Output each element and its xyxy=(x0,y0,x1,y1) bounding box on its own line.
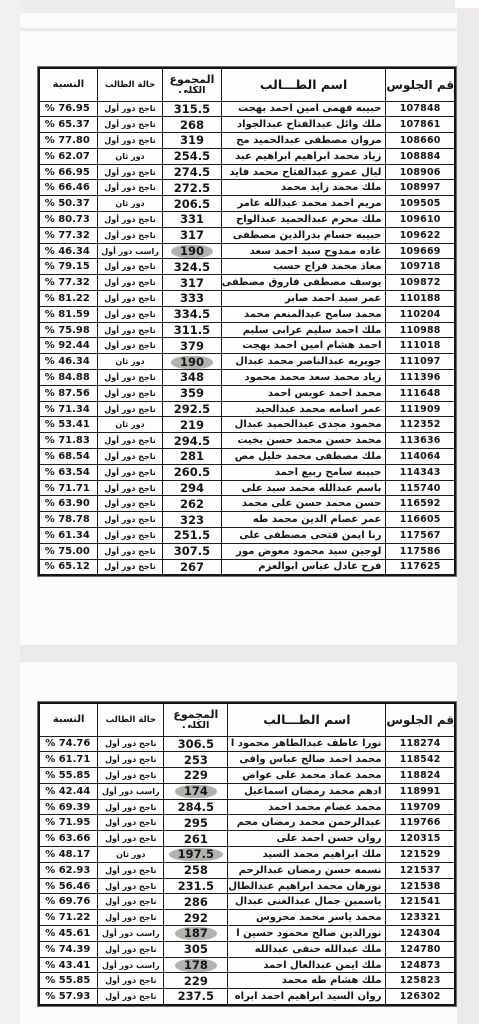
percentage-cell: % 66.95 xyxy=(39,164,97,180)
student-name-cell: ملك مصطفى محمد خليل مص xyxy=(221,449,386,465)
student-result-row: 112352محمود مجدى عبدالحميد عبدال219دور ث… xyxy=(39,417,455,433)
total-score-cell: 231.5 xyxy=(164,878,228,894)
student-result-row: 124873ملك ايمن عبدالعال احمد178راسب دور … xyxy=(39,957,455,973)
total-score-cell: 334.5 xyxy=(163,306,222,322)
total-score-cell: 262 xyxy=(163,496,222,512)
total-score-cell: 324.5 xyxy=(163,259,222,275)
student-result-row: 111396زياد محمد سعد محمد محمود348ناجح دو… xyxy=(39,370,455,386)
student-name-cell: ملك هشام طه محمد xyxy=(228,973,386,989)
total-score-cell: 206.5 xyxy=(163,196,222,212)
percentage-cell: % 43.41 xyxy=(39,957,98,973)
total-score-cell: 272.5 xyxy=(163,180,222,196)
seat-number-cell: 111018 xyxy=(386,338,455,354)
seat-number-cell: 124873 xyxy=(386,957,455,973)
total-score-cell: 286 xyxy=(164,894,228,910)
student-status-cell: ناجح دور أول xyxy=(97,496,162,512)
student-name-cell: رنا ايمن فتحى مصطفى على xyxy=(221,528,386,544)
student-name-cell: ياسمين جمال عبدالغنى عبدال xyxy=(228,894,386,910)
student-name-cell: عمر عصام الدين محمد طه xyxy=(221,512,386,528)
percentage-cell: % 84.88 xyxy=(39,370,97,386)
results-table-2: رقم الجلوس اسم الطـــالب المجموعالكلى حا… xyxy=(37,701,457,1007)
student-name-cell: باسم عبدالله محمد سيد على xyxy=(221,480,386,496)
student-name-cell: نورهان محمد ابراهيم عبدالطال xyxy=(228,878,386,894)
student-result-row: 109610ملك محرم عبدالحميد عبدالواح331ناجح… xyxy=(39,212,455,228)
previous-page-bottom-strip xyxy=(20,13,457,28)
student-name-cell: احمد هشام امين احمد بهجت xyxy=(221,338,386,354)
student-result-row: 108997ملك محمد زايد محمد272.5ناجح دور أو… xyxy=(39,180,455,196)
student-name-cell: مروان مصطفى عبدالحميد مح xyxy=(221,133,386,149)
percentage-cell: % 71.71 xyxy=(39,480,97,496)
seat-number-cell: 111396 xyxy=(386,370,455,386)
total-score-cell: 292.5 xyxy=(163,401,222,417)
student-status-cell: ناجح دور أول xyxy=(98,799,164,815)
percentage-cell: % 77.32 xyxy=(39,227,97,243)
percentage-cell: % 92.44 xyxy=(39,338,97,354)
student-result-row: 121538نورهان محمد ابراهيم عبدالطال231.5ن… xyxy=(39,878,455,894)
seat-number-cell: 110188 xyxy=(386,291,455,307)
total-score-cell: 317 xyxy=(163,227,222,243)
total-score-cell: 284.5 xyxy=(164,799,228,815)
student-result-row: 124780ملك عبدالله حنفى عبدالله305ناجح دو… xyxy=(39,941,455,957)
percentage-cell: % 80.73 xyxy=(39,212,97,228)
total-score-cell: 251.5 xyxy=(163,528,222,544)
seat-number-cell: 111909 xyxy=(386,401,455,417)
student-result-row: 119709محمد عصام محمد احمد284.5ناجح دور أ… xyxy=(39,799,455,815)
student-name-cell: ملك ابراهيم محمد السيد xyxy=(228,847,386,863)
student-name-cell: ملك وائل عبدالفتاح عبدالجواد xyxy=(221,117,386,133)
student-name-cell: محمد سامح عبدالمنعم محمد xyxy=(221,306,386,322)
student-name-cell: زياد محمد ابراهيم ابراهيم عبد xyxy=(221,148,386,164)
student-name-cell: حبيبه حسام بدرالدين مصطفى xyxy=(221,227,386,243)
student-result-row: 116605عمر عصام الدين محمد طه323ناجح دور … xyxy=(39,512,455,528)
percentage-cell: % 61.71 xyxy=(39,752,98,768)
student-result-row: 113636محمد حسن محمد حسن بخيت294.5ناجح دو… xyxy=(39,433,455,449)
results-page-1: رقم الجلوس اسم الطـــالب المجموعالكلى حا… xyxy=(20,31,457,645)
total-score-cell: 317 xyxy=(163,275,222,291)
seat-number-cell: 110204 xyxy=(386,306,455,322)
student-result-row: 114343حبيبه سامح ربيع احمد260.5ناجح دور … xyxy=(39,464,455,480)
total-score-cell: 258 xyxy=(164,862,228,878)
percentage-cell: % 69.76 xyxy=(39,894,98,910)
results-table-1: رقم الجلوس اسم الطـــالب المجموعالكلى حا… xyxy=(37,66,457,577)
percentage-cell: % 69.39 xyxy=(39,799,98,815)
seat-number-cell: 109505 xyxy=(386,196,455,212)
total-score-cell: 261 xyxy=(164,831,228,847)
student-name-cell: عبدالرحمن محمد رمضان محم xyxy=(228,815,386,831)
student-status-header: حالة الطالب xyxy=(97,68,162,101)
total-score-cell: 219 xyxy=(163,417,222,433)
student-results-table: رقم الجلوس اسم الطـــالب المجموعالكلى حا… xyxy=(38,67,456,576)
student-result-row: 108660مروان مصطفى عبدالحميد مح319ناجح دو… xyxy=(39,133,455,149)
student-name-cell: ليال عمرو عبدالفتاح محمد فايد xyxy=(221,164,386,180)
student-name-cell: نسمه حسن رمضان عبدالرحم xyxy=(228,862,386,878)
seat-number-cell: 108660 xyxy=(386,133,455,149)
student-status-cell: ناجح دور أول xyxy=(97,291,162,307)
student-status-cell: دور ثان xyxy=(97,354,162,370)
student-status-cell: دور ثان xyxy=(97,196,162,212)
student-name-cell: حبيبه فهمى امين احمد بهجت xyxy=(221,101,386,117)
student-result-row: 110188عمر سيد احمد صابر333ناجح دور أول% … xyxy=(39,291,455,307)
student-name-cell: روان السيد ابراهيم احمد ابراه xyxy=(228,989,386,1005)
student-status-cell: ناجح دور أول xyxy=(98,878,164,894)
student-result-row: 120315روان حسن احمد على261ناجح دور أول% … xyxy=(39,831,455,847)
total-score-cell: 319 xyxy=(163,133,222,149)
student-status-cell: راسب دور أول xyxy=(98,957,164,973)
total-score-cell: 178 xyxy=(164,957,228,973)
student-result-row: 117625فرح عادل عباس ابوالعزم267ناجح دور … xyxy=(39,559,455,575)
seat-number-cell: 124304 xyxy=(386,926,455,942)
student-name-cell: محمد ياسر محمد محروس xyxy=(228,910,386,926)
total-score-cell: 307.5 xyxy=(163,543,222,559)
student-status-cell: ناجح دور أول xyxy=(97,401,162,417)
results-page-2: رقم الجلوس اسم الطـــالب المجموعالكلى حا… xyxy=(20,662,457,1024)
student-status-cell: ناجح دور أول xyxy=(98,941,164,957)
seat-number-cell: 121529 xyxy=(386,847,455,863)
previous-page-corner xyxy=(455,0,479,8)
student-status-cell: ناجح دور أول xyxy=(98,768,164,784)
student-result-row: 121529ملك ابراهيم محمد السيد197.5دور ثان… xyxy=(39,847,455,863)
student-result-row: 125823ملك هشام طه محمد229ناجح دور أول% 5… xyxy=(39,973,455,989)
total-score-cell: 305 xyxy=(164,941,228,957)
student-status-cell: ناجح دور أول xyxy=(98,910,164,926)
student-result-row: 123321محمد ياسر محمد محروس292ناجح دور أو… xyxy=(39,910,455,926)
student-name-cell: نورا عاطف عبدالطاهر محمود ا xyxy=(228,736,386,752)
total-score-cell: 294 xyxy=(163,480,222,496)
total-score-cell: 197.5 xyxy=(164,847,228,863)
student-result-row: 110204محمد سامح عبدالمنعم محمد334.5ناجح … xyxy=(39,306,455,322)
student-status-cell: ناجح دور أول xyxy=(98,736,164,752)
student-result-row: 116592حسن محمد حسن على محمد262ناجح دور أ… xyxy=(39,496,455,512)
student-result-row: 117567رنا ايمن فتحى مصطفى على251.5ناجح د… xyxy=(39,528,455,544)
seat-number-cell: 116592 xyxy=(386,496,455,512)
percentage-cell: % 71.34 xyxy=(39,401,97,417)
percentage-cell: % 71.95 xyxy=(39,815,98,831)
student-name-cell: حبيبه سامح ربيع احمد xyxy=(221,464,386,480)
seat-number-header: رقم الجلوس xyxy=(386,703,455,736)
percentage-cell: % 63.66 xyxy=(39,831,98,847)
seat-number-cell: 118991 xyxy=(386,783,455,799)
student-result-row: 118824محمد عماد محمد على عواض229ناجح دور… xyxy=(39,768,455,784)
fail-score-highlight-oval: 190 xyxy=(171,356,213,369)
student-result-row: 115740باسم عبدالله محمد سيد على294ناجح د… xyxy=(39,480,455,496)
student-result-row: 111648محمد احمد عويس احمد359ناجح دور أول… xyxy=(39,385,455,401)
student-status-cell: ناجح دور أول xyxy=(97,180,162,196)
student-status-cell: ناجح دور أول xyxy=(97,322,162,338)
percentage-cell: % 81.59 xyxy=(39,306,97,322)
seat-number-cell: 125823 xyxy=(386,973,455,989)
student-name-cell: محمد عصام محمد احمد xyxy=(228,799,386,815)
student-status-cell: ناجح دور أول xyxy=(97,385,162,401)
percentage-cell: % 76.95 xyxy=(39,101,97,117)
seat-number-cell: 109610 xyxy=(386,212,455,228)
total-score-cell: 323 xyxy=(163,512,222,528)
total-score-cell: 237.5 xyxy=(164,989,228,1005)
student-result-row: 121541ياسمين جمال عبدالغنى عبدال286ناجح … xyxy=(39,894,455,910)
total-score-cell: 274.5 xyxy=(163,164,222,180)
student-status-header: حالة الطالب xyxy=(98,703,164,736)
seat-number-cell: 118824 xyxy=(386,768,455,784)
student-name-cell: محمد عماد محمد على عواض xyxy=(228,768,386,784)
percentage-cell: % 68.54 xyxy=(39,449,97,465)
total-score-cell: 348 xyxy=(163,370,222,386)
percentage-cell: % 65.12 xyxy=(39,559,97,575)
student-name-cell: زياد محمد سعد محمد محمود xyxy=(221,370,386,386)
student-status-cell: دور ثان xyxy=(97,148,162,164)
student-result-row: 111097جويريه عبدالناصر محمد عبدال190دور … xyxy=(39,354,455,370)
total-score-cell: 229 xyxy=(164,768,228,784)
seat-number-cell: 126302 xyxy=(386,989,455,1005)
total-score-cell: 331 xyxy=(163,212,222,228)
student-status-cell: ناجح دور أول xyxy=(98,894,164,910)
header-row: رقم الجلوس اسم الطـــالب المجموعالكلى حا… xyxy=(39,703,455,736)
student-result-row: 118274نورا عاطف عبدالطاهر محمود ا306.5نا… xyxy=(39,736,455,752)
percentage-cell: % 79.15 xyxy=(39,259,97,275)
student-results-table: رقم الجلوس اسم الطـــالب المجموعالكلى حا… xyxy=(38,702,456,1006)
student-status-cell: ناجح دور أول xyxy=(97,275,162,291)
seat-number-cell: 112352 xyxy=(386,417,455,433)
student-name-cell: عمر اسامه محمد عبدالحيد xyxy=(221,401,386,417)
percentage-header: النسبة xyxy=(39,703,98,736)
total-score-cell: 359 xyxy=(163,385,222,401)
student-name-cell: فرح عادل عباس ابوالعزم xyxy=(221,559,386,575)
student-name-cell: محمد حسن محمد حسن بخيت xyxy=(221,433,386,449)
percentage-cell: % 66.46 xyxy=(39,180,97,196)
total-score-cell: 174 xyxy=(164,783,228,799)
viewer-left-margin xyxy=(0,0,20,1024)
percentage-cell: % 71.22 xyxy=(39,910,98,926)
student-result-row: 111018احمد هشام امين احمد بهجت379ناجح دو… xyxy=(39,338,455,354)
student-status-cell: ناجح دور أول xyxy=(98,815,164,831)
student-name-cell: يوسف مصطفى فاروق مصطفى xyxy=(221,275,386,291)
student-result-row: 118542محمد احمد صالح عباس وافى253ناجح دو… xyxy=(39,752,455,768)
student-result-row: 124304نورالدين صالح محمود حسين ا187راسب … xyxy=(39,926,455,942)
total-score-cell: 268 xyxy=(163,117,222,133)
student-name-cell: غاده ممدوح سيد احمد سعد xyxy=(221,243,386,259)
seat-number-cell: 108906 xyxy=(386,164,455,180)
student-status-cell: ناجح دور أول xyxy=(97,528,162,544)
student-status-cell: ناجح دور أول xyxy=(97,559,162,575)
total-score-cell: 281 xyxy=(163,449,222,465)
student-result-row: 109622حبيبه حسام بدرالدين مصطفى317ناجح د… xyxy=(39,227,455,243)
seat-number-cell: 109718 xyxy=(386,259,455,275)
header-row: رقم الجلوس اسم الطـــالب المجموعالكلى حا… xyxy=(39,68,455,101)
total-score-cell: 260.5 xyxy=(163,464,222,480)
seat-number-cell: 124780 xyxy=(386,941,455,957)
percentage-cell: % 78.78 xyxy=(39,512,97,528)
seat-number-cell: 121537 xyxy=(386,862,455,878)
student-name-cell: محمود مجدى عبدالحميد عبدال xyxy=(221,417,386,433)
student-name-cell: لوجين سيد محمود معوض مور xyxy=(221,543,386,559)
fail-score-highlight-oval: 187 xyxy=(175,927,217,940)
student-status-cell: دور ثان xyxy=(98,847,164,863)
student-result-row: 114064ملك مصطفى محمد خليل مص281ناجح دور … xyxy=(39,449,455,465)
seat-number-cell: 118542 xyxy=(386,752,455,768)
percentage-cell: % 53.41 xyxy=(39,417,97,433)
student-result-row: 126302روان السيد ابراهيم احمد ابراه237.5… xyxy=(39,989,455,1005)
student-result-row: 119766عبدالرحمن محمد رمضان محم295ناجح دو… xyxy=(39,815,455,831)
student-status-cell: ناجح دور أول xyxy=(97,259,162,275)
student-result-row: 109505مريم احمد محمد عبدالله عامر206.5دو… xyxy=(39,196,455,212)
percentage-cell: % 71.83 xyxy=(39,433,97,449)
percentage-cell: % 87.56 xyxy=(39,385,97,401)
student-name-cell: معاذ محمد فراج حسب xyxy=(221,259,386,275)
student-status-cell: ناجح دور أول xyxy=(97,227,162,243)
seat-number-cell: 118274 xyxy=(386,736,455,752)
percentage-cell: % 46.34 xyxy=(39,354,97,370)
total-score-cell: 379 xyxy=(163,338,222,354)
percentage-cell: % 63.90 xyxy=(39,496,97,512)
percentage-cell: % 63.54 xyxy=(39,464,97,480)
total-score-cell: 254.5 xyxy=(163,148,222,164)
seat-number-cell: 115740 xyxy=(386,480,455,496)
student-status-cell: راسب دور أول xyxy=(97,243,162,259)
percentage-cell: % 62.93 xyxy=(39,862,98,878)
percentage-cell: % 81.22 xyxy=(39,291,97,307)
total-score-cell: 267 xyxy=(163,559,222,575)
seat-number-cell: 109872 xyxy=(386,275,455,291)
seat-number-cell: 117567 xyxy=(386,528,455,544)
student-status-cell: ناجح دور أول xyxy=(97,101,162,117)
fail-score-highlight-oval: 178 xyxy=(175,959,217,972)
student-result-row: 110988ملك احمد سليم عرابى سليم311.5ناجح … xyxy=(39,322,455,338)
seat-number-cell: 107848 xyxy=(386,101,455,117)
student-status-cell: ناجح دور أول xyxy=(97,433,162,449)
student-status-cell: ناجح دور أول xyxy=(97,370,162,386)
student-status-cell: راسب دور أول xyxy=(98,926,164,942)
student-status-cell: ناجح دور أول xyxy=(98,862,164,878)
document-viewer: رقم الجلوس اسم الطـــالب المجموعالكلى حا… xyxy=(0,0,479,1024)
seat-number-header: رقم الجلوس xyxy=(386,68,455,101)
percentage-cell: % 56.46 xyxy=(39,878,98,894)
student-result-row: 117586لوجين سيد محمود معوض مور307.5ناجح … xyxy=(39,543,455,559)
percentage-cell: % 75.00 xyxy=(39,543,97,559)
student-name-cell: حسن محمد حسن على محمد xyxy=(221,496,386,512)
student-name-header: اسم الطـــالب xyxy=(228,703,386,736)
total-score-header: المجموعالكلى xyxy=(163,68,222,101)
student-result-row: 109669غاده ممدوح سيد احمد سعد190راسب دور… xyxy=(39,243,455,259)
student-name-cell: ملك عبدالله حنفى عبدالله xyxy=(228,941,386,957)
student-status-cell: ناجح دور أول xyxy=(97,480,162,496)
seat-number-cell: 108997 xyxy=(386,180,455,196)
student-name-cell: محمد احمد عويس احمد xyxy=(221,385,386,401)
percentage-cell: % 77.80 xyxy=(39,133,97,149)
student-status-cell: ناجح دور أول xyxy=(97,212,162,228)
total-score-cell: 333 xyxy=(163,291,222,307)
student-name-cell: روان حسن احمد على xyxy=(228,831,386,847)
total-score-cell: 306.5 xyxy=(164,736,228,752)
total-score-cell: 190 xyxy=(163,354,222,370)
seat-number-cell: 120315 xyxy=(386,831,455,847)
percentage-cell: % 42.44 xyxy=(39,783,98,799)
student-result-row: 108884زياد محمد ابراهيم ابراهيم عبد254.5… xyxy=(39,148,455,164)
seat-number-cell: 111097 xyxy=(386,354,455,370)
student-status-cell: ناجح دور أول xyxy=(97,117,162,133)
seat-number-cell: 108884 xyxy=(386,148,455,164)
seat-number-cell: 113636 xyxy=(386,433,455,449)
seat-number-cell: 107861 xyxy=(386,117,455,133)
seat-number-cell: 117586 xyxy=(386,543,455,559)
student-result-row: 109872يوسف مصطفى فاروق مصطفى317ناجح دور … xyxy=(39,275,455,291)
seat-number-cell: 109622 xyxy=(386,227,455,243)
student-status-cell: ناجح دور أول xyxy=(97,133,162,149)
percentage-cell: % 55.85 xyxy=(39,973,98,989)
percentage-cell: % 46.34 xyxy=(39,243,97,259)
seat-number-cell: 117625 xyxy=(386,559,455,575)
percentage-cell: % 74.39 xyxy=(39,941,98,957)
student-status-cell: ناجح دور أول xyxy=(97,306,162,322)
fail-score-highlight-oval: 197.5 xyxy=(169,848,223,861)
student-result-row: 107848حبيبه فهمى امين احمد بهجت315.5ناجح… xyxy=(39,101,455,117)
student-name-cell: نورالدين صالح محمود حسين ا xyxy=(228,926,386,942)
student-result-row: 121537نسمه حسن رمضان عبدالرحم258ناجح دور… xyxy=(39,862,455,878)
percentage-header: النسبة xyxy=(39,68,97,101)
student-status-cell: دور ثان xyxy=(97,417,162,433)
percentage-cell: % 75.98 xyxy=(39,322,97,338)
percentage-cell: % 48.17 xyxy=(39,847,98,863)
percentage-cell: % 77.32 xyxy=(39,275,97,291)
student-status-cell: ناجح دور أول xyxy=(98,973,164,989)
student-name-cell: ملك ايمن عبدالعال احمد xyxy=(228,957,386,973)
percentage-cell: % 62.07 xyxy=(39,148,97,164)
seat-number-cell: 111648 xyxy=(386,385,455,401)
total-score-cell: 315.5 xyxy=(163,101,222,117)
student-status-cell: ناجح دور أول xyxy=(97,449,162,465)
student-status-cell: ناجح دور أول xyxy=(97,338,162,354)
percentage-cell: % 65.37 xyxy=(39,117,97,133)
total-score-cell: 292 xyxy=(164,910,228,926)
student-status-cell: ناجح دور أول xyxy=(97,512,162,528)
student-result-row: 111909عمر اسامه محمد عبدالحيد292.5ناجح د… xyxy=(39,401,455,417)
seat-number-cell: 119709 xyxy=(386,799,455,815)
student-result-row: 118991ادهم محمد رمضان اسماعيل174راسب دور… xyxy=(39,783,455,799)
student-name-cell: ادهم محمد رمضان اسماعيل xyxy=(228,783,386,799)
student-name-header: اسم الطـــالب xyxy=(221,68,386,101)
student-name-cell: مريم احمد محمد عبدالله عامر xyxy=(221,196,386,212)
seat-number-cell: 121538 xyxy=(386,878,455,894)
total-score-cell: 190 xyxy=(163,243,222,259)
total-score-cell: 187 xyxy=(164,926,228,942)
percentage-cell: % 50.37 xyxy=(39,196,97,212)
student-status-cell: ناجح دور أول xyxy=(97,464,162,480)
percentage-cell: % 55.85 xyxy=(39,768,98,784)
student-status-cell: ناجح دور أول xyxy=(98,752,164,768)
seat-number-cell: 121541 xyxy=(386,894,455,910)
student-name-cell: محمد احمد صالح عباس وافى xyxy=(228,752,386,768)
percentage-cell: % 45.61 xyxy=(39,926,98,942)
student-result-row: 109718معاذ محمد فراج حسب324.5ناجح دور أو… xyxy=(39,259,455,275)
percentage-cell: % 61.34 xyxy=(39,528,97,544)
seat-number-cell: 116605 xyxy=(386,512,455,528)
fail-score-highlight-oval: 174 xyxy=(175,785,217,798)
seat-number-cell: 119766 xyxy=(386,815,455,831)
student-status-cell: ناجح دور أول xyxy=(97,543,162,559)
fail-score-highlight-oval: 190 xyxy=(171,245,213,258)
student-status-cell: ناجح دور أول xyxy=(98,989,164,1005)
total-score-header: المجموعالكلى xyxy=(164,703,228,736)
percentage-cell: % 57.93 xyxy=(39,989,98,1005)
previous-page-edge xyxy=(20,0,457,13)
student-status-cell: ناجح دور أول xyxy=(97,164,162,180)
seat-number-cell: 110988 xyxy=(386,322,455,338)
seat-number-cell: 114064 xyxy=(386,449,455,465)
student-result-row: 108906ليال عمرو عبدالفتاح محمد فايد274.5… xyxy=(39,164,455,180)
student-status-cell: راسب دور أول xyxy=(98,783,164,799)
seat-number-cell: 114343 xyxy=(386,464,455,480)
student-name-cell: جويريه عبدالناصر محمد عبدال xyxy=(221,354,386,370)
percentage-cell: % 74.76 xyxy=(39,736,98,752)
student-name-cell: ملك محمد زايد محمد xyxy=(221,180,386,196)
seat-number-cell: 109669 xyxy=(386,243,455,259)
